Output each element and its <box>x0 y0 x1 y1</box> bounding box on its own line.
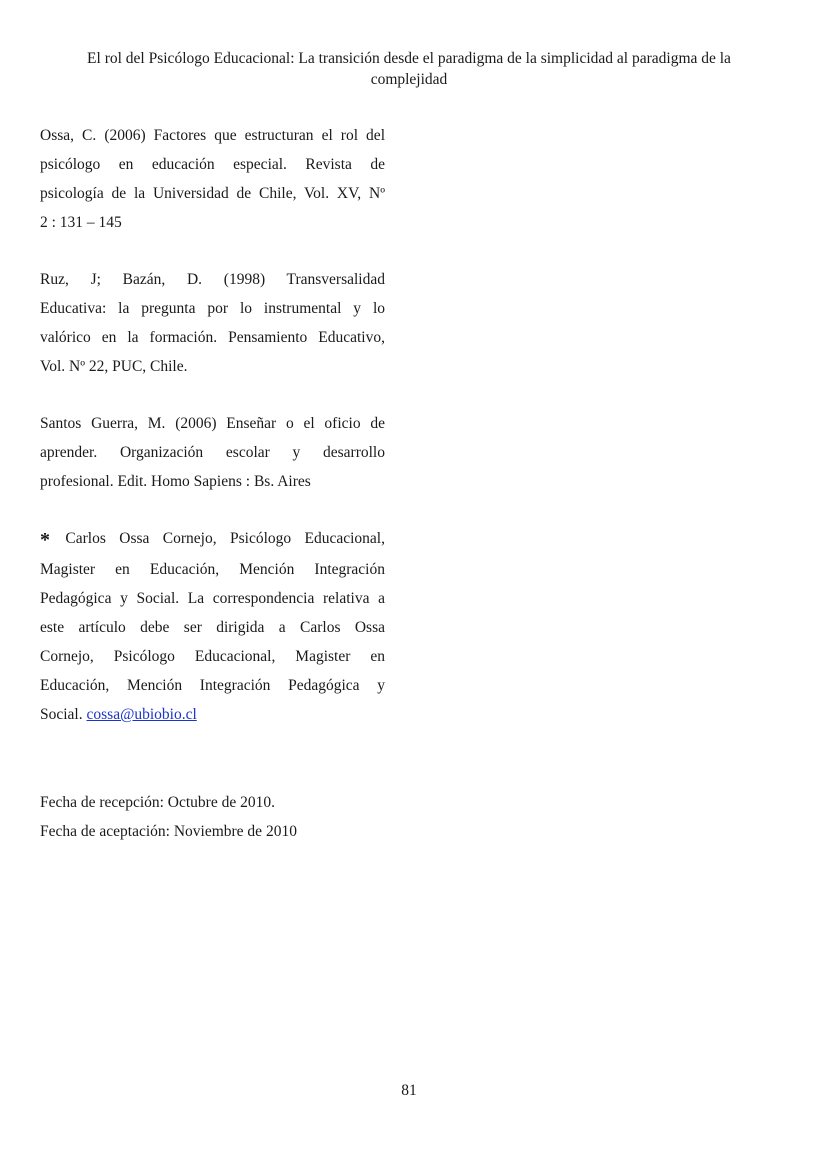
author-note-line: Educación, Mención Integración Pedagógic… <box>40 671 385 700</box>
asterisk-marker: * <box>40 529 50 551</box>
author-note-line: Pedagógica y Social. La correspondencia … <box>40 584 385 613</box>
author-note: * Carlos Ossa Cornejo, Psicólogo Educaci… <box>40 524 385 729</box>
accepted-date: Fecha de aceptación: Noviembre de 2010 <box>40 817 297 846</box>
reference-line: profesional. Edit. Homo Sapiens : Bs. Ai… <box>40 467 385 496</box>
reference-line: aprender. Organización escolar y desarro… <box>40 438 385 467</box>
dates-block: Fecha de recepción: Octubre de 2010. Fec… <box>40 788 297 846</box>
reference-line: valórico en la formación. Pensamiento Ed… <box>40 323 385 352</box>
author-note-line: * Carlos Ossa Cornejo, Psicólogo Educaci… <box>40 524 385 555</box>
page-number: 81 <box>0 1082 818 1100</box>
header-title-line-1: El rol del Psicólogo Educacional: La tra… <box>40 48 778 69</box>
author-note-line: Magister en Educación, Mención Integraci… <box>40 555 385 584</box>
header-title-line-2: complejidad <box>40 69 778 90</box>
email-link[interactable]: cossa@ubiobio.cl <box>87 706 197 723</box>
running-header: El rol del Psicólogo Educacional: La tra… <box>40 48 778 90</box>
reference-line: Ossa, C. (2006) Factores que estructuran… <box>40 121 385 150</box>
reference-line: Vol. Nº 22, PUC, Chile. <box>40 352 385 381</box>
reference-santos-guerra: Santos Guerra, M. (2006) Enseñar o el of… <box>40 409 385 496</box>
reference-line: Ruz, J; Bazán, D. (1998) Transversalidad <box>40 265 385 294</box>
author-note-line: Social. cossa@ubiobio.cl <box>40 700 385 729</box>
reference-ruz-bazan: Ruz, J; Bazán, D. (1998) Transversalidad… <box>40 265 385 381</box>
reference-line: Santos Guerra, M. (2006) Enseñar o el of… <box>40 409 385 438</box>
reference-line: 2 : 131 – 145 <box>40 208 385 237</box>
reference-line: psicología de la Universidad de Chile, V… <box>40 179 385 208</box>
author-note-line: Cornejo, Psicólogo Educacional, Magister… <box>40 642 385 671</box>
reference-line: psicólogo en educación especial. Revista… <box>40 150 385 179</box>
reference-ossa: Ossa, C. (2006) Factores que estructuran… <box>40 121 385 237</box>
reference-line: Educativa: la pregunta por lo instrument… <box>40 294 385 323</box>
author-note-line: este artículo debe ser dirigida a Carlos… <box>40 613 385 642</box>
received-date: Fecha de recepción: Octubre de 2010. <box>40 788 297 817</box>
